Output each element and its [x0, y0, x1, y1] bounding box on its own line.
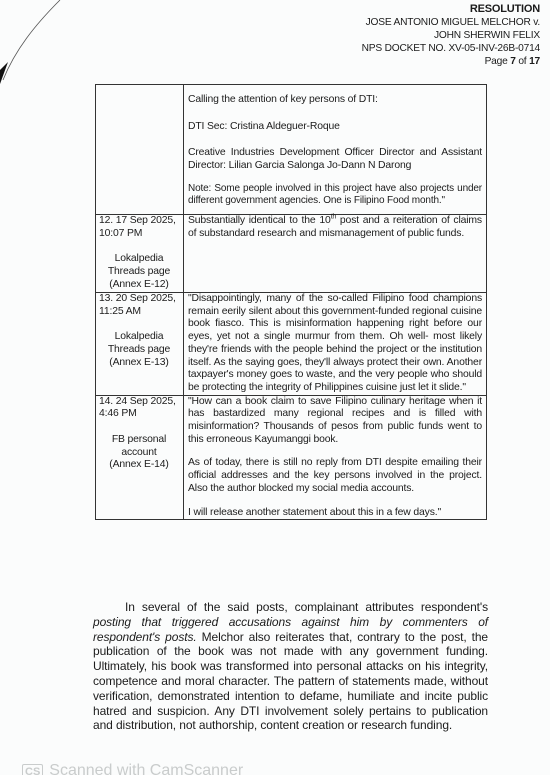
posts-table: Calling the attention of key persons of …	[95, 84, 487, 520]
source-label: Lokalpedia Threads page (Annex E-12)	[99, 253, 179, 291]
case-parties-line1: JOSE ANTONIO MIGUEL MELCHOR v.	[362, 16, 540, 29]
post-content-cell: Substantially identical to the 10th post…	[184, 215, 487, 293]
source-label: FB personal account (Annex E-14)	[99, 434, 179, 472]
post-content-cell: "How can a book claim to save Filipino c…	[184, 395, 487, 520]
document-title: RESOLUTION	[362, 3, 540, 16]
scan-page-edge-curve	[0, 0, 80, 100]
date-cell: 12. 17 Sep 2025, 10:07 PM Lokalpedia Thr…	[96, 215, 184, 293]
date-cell: 14. 24 Sep 2025, 4:46 PM FB personal acc…	[96, 395, 184, 520]
page-number: Page 7 of 17	[362, 55, 540, 68]
scanner-watermark: CSScanned with CamScanner	[22, 762, 243, 775]
cell-paragraph: I will release another statement about t…	[188, 507, 482, 520]
cell-note: Note: Some people involved in this proje…	[188, 183, 482, 207]
case-parties-line2: JOHN SHERWIN FELIX	[362, 29, 540, 42]
cell-paragraph: Creative Industries Development Officer …	[188, 147, 482, 172]
cell-paragraph: "How can a book claim to save Filipino c…	[188, 396, 482, 447]
annex-label: (Annex E-12)	[99, 279, 179, 292]
source-label: Lokalpedia Threads page (Annex E-13)	[99, 331, 179, 369]
table-row: Calling the attention of key persons of …	[96, 85, 487, 215]
table-row: 12. 17 Sep 2025, 10:07 PM Lokalpedia Thr…	[96, 215, 487, 293]
date-cell	[96, 85, 184, 215]
cell-paragraph: DTI Sec: Cristina Aldeguer-Roque	[188, 121, 482, 134]
annex-label: (Annex E-14)	[99, 459, 179, 472]
table-row: 13. 20 Sep 2025, 11:25 AM Lokalpedia Thr…	[96, 293, 487, 396]
document-header: RESOLUTION JOSE ANTONIO MIGUEL MELCHOR v…	[362, 3, 540, 68]
table-row: 14. 24 Sep 2025, 4:46 PM FB personal acc…	[96, 395, 487, 520]
cell-paragraph: As of today, there is still no reply fro…	[188, 457, 482, 495]
annex-label: (Annex E-13)	[99, 357, 179, 370]
camscanner-logo-icon: CS	[22, 764, 43, 775]
docket-number: NPS DOCKET NO. XV-05-INV-26B-0714	[362, 42, 540, 55]
body-paragraph: In several of the said posts, complainan…	[93, 600, 488, 733]
cell-paragraph: Calling the attention of key persons of …	[188, 94, 482, 107]
post-content-cell: Calling the attention of key persons of …	[184, 85, 487, 215]
date-cell: 13. 20 Sep 2025, 11:25 AM Lokalpedia Thr…	[96, 293, 184, 396]
post-content-cell: "Disappointingly, many of the so-called …	[184, 293, 487, 396]
